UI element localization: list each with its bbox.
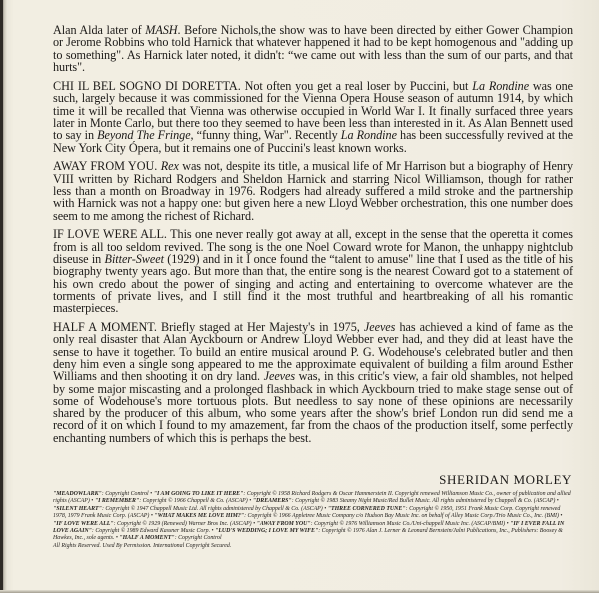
- credit-text: : Copyright Control: [175, 535, 222, 541]
- copyright-credits: "MEADOWLARK": Copyright Control • "I AM …: [53, 491, 573, 550]
- credit-text: : Copyright Control •: [102, 491, 154, 497]
- credit-song-title: "THREE CORNERED TUNE": [328, 506, 406, 512]
- author-signature: SHERIDAN MORLEY: [439, 472, 572, 488]
- liner-note-paragraph: AWAY FROM YOU. Rex was not, despite its …: [53, 160, 573, 221]
- credit-song-title: "AWAY FROM YOU": [257, 521, 311, 527]
- credit-song-title: "I AM GOING TO LIKE IT HERE": [154, 491, 244, 497]
- credit-text: : Copyright © 1983 Steamy Night Music/Re…: [292, 498, 559, 504]
- credit-song-title: "WHAT MAKES ME LOVE HIM?": [154, 513, 244, 519]
- credit-list: "MEADOWLARK": Copyright Control • "I AM …: [53, 491, 571, 541]
- liner-notes-body: Alan Alda later of MASH. Before Nichols,…: [53, 24, 573, 451]
- paragraph-text: was, in this critic's view, a fair old s…: [53, 369, 573, 444]
- credit-text: : Copyright © 1976 Williamson Music Co./…: [311, 521, 510, 527]
- liner-note-paragraph: Alan Alda later of MASH. Before Nichols,…: [53, 24, 573, 73]
- booklet-spine: [0, 0, 3, 593]
- credit-text: : Copyright © 1947 Chappell Music Ltd. A…: [102, 506, 328, 512]
- liner-note-paragraph: IF LOVE WERE ALL. This one never really …: [53, 228, 573, 314]
- rights-line: All Rights Reserved. Used By Permission.…: [53, 543, 573, 550]
- credit-text: : Copyright © 1966 Chappell & Co. (ASCAP…: [139, 498, 253, 504]
- credit-song-title: "MEADOWLARK": [53, 491, 102, 497]
- credit-song-title: "HALF A MOMENT": [119, 535, 174, 541]
- credit-song-title: "IF LOVE WERE ALL": [53, 521, 114, 527]
- credit-text: : Copyright © 1929 (Renewed) Warner Bros…: [114, 521, 257, 527]
- liner-note-paragraph: CHI IL BEL SOGNO DI DORETTA. Not often y…: [53, 80, 573, 154]
- liner-note-paragraph: HALF A MOMENT. Briefly staged at Her Maj…: [53, 321, 573, 444]
- credit-song-title: "LUD'S WEDDING; I LOVE MY WIFE": [215, 528, 318, 534]
- credit-text: : Copyright © 1989 Edward Kassner Music …: [92, 528, 215, 534]
- credit-song-title: "SILENT HEART": [53, 506, 102, 512]
- credit-text: : Copyright © 1966 Appletree Music Compa…: [244, 513, 562, 519]
- booklet-page: Alan Alda later of MASH. Before Nichols,…: [0, 0, 599, 593]
- credit-song-title: "DREAMERS": [253, 498, 292, 504]
- credit-song-title: "I REMEMBER": [95, 498, 139, 504]
